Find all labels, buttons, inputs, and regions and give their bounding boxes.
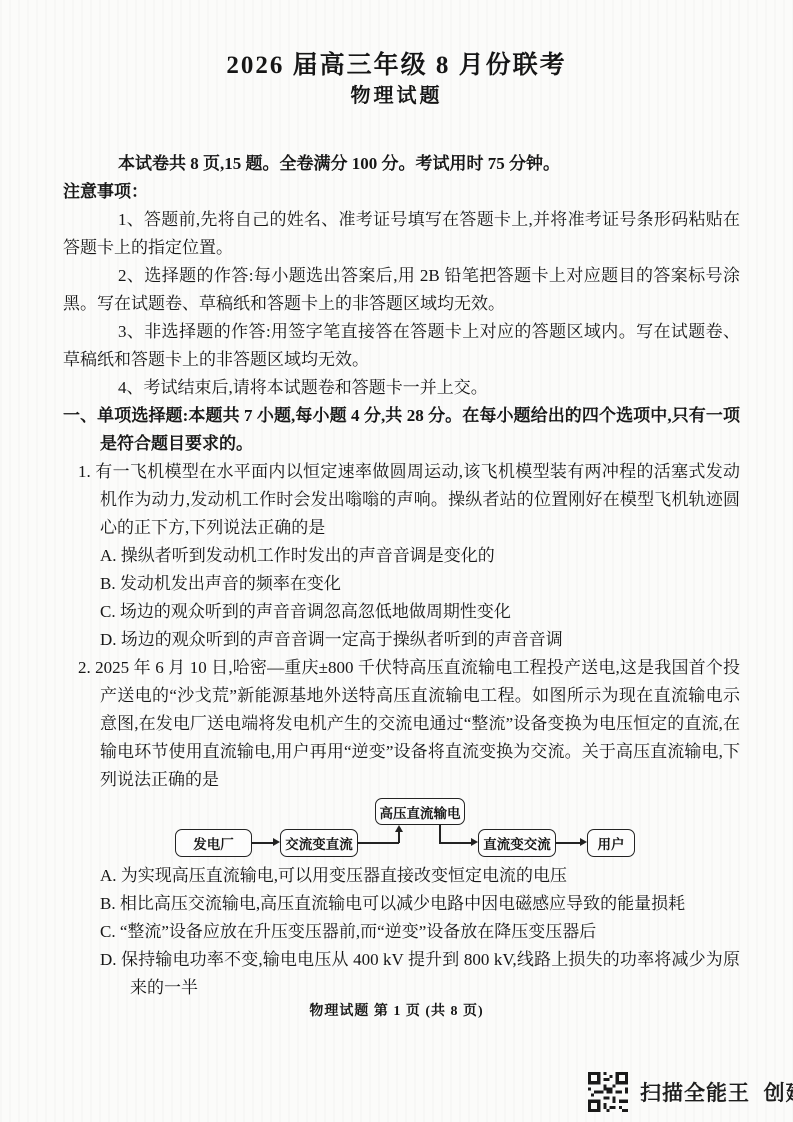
diagram-box-hvdc-line: 高压直流输电: [375, 798, 465, 825]
flow-arrow-up: [395, 825, 403, 832]
notice-item-2: 2、选择题的作答:每小题选出答案后,用 2B 铅笔把答题卡上对应题目的答案标号涂…: [63, 262, 740, 318]
flow-line-4: [556, 842, 581, 844]
notice-item-3: 3、非选择题的作答:用签字笔直接答在答题卡上对应的答题区域内。写在试题卷、草稿纸…: [63, 318, 740, 374]
watermark-text: 扫描全能王 创建: [640, 1077, 793, 1107]
q1-option-a: A. 操纵者听到发动机工作时发出的声音音调是变化的: [63, 542, 740, 570]
scanner-watermark: 扫描全能王 创建: [588, 1072, 793, 1112]
diagram-box-dc-to-ac: 直流变交流: [478, 829, 556, 857]
q2-option-a: A. 为实现高压直流输电,可以用变压器直接改变恒定电流的电压: [63, 862, 740, 890]
q2-stem: 2. 2025 年 6 月 10 日,哈密—重庆±800 千伏特高压直流输电工程…: [63, 654, 740, 794]
flow-line-3: [439, 842, 472, 844]
q1-option-b: B. 发动机发出声音的频率在变化: [63, 570, 740, 598]
flow-riser-up: [398, 831, 400, 843]
flow-line-1: [252, 842, 274, 844]
flow-riser-down: [439, 825, 441, 843]
flow-line-2: [358, 842, 399, 844]
q2-option-b: B. 相比高压交流输电,高压直流输电可以减少电路中因电磁感应导致的能量损耗: [63, 890, 740, 918]
page-number-footer: 物理试题 第 1 页 (共 8 页): [0, 1000, 793, 1020]
dc-transmission-diagram: 发电厂 交流变直流 高压直流输电 直流变交流 用户: [63, 795, 740, 861]
q1-stem: 1. 有一飞机模型在水平面内以恒定速率做圆周运动,该飞机模型装有两冲程的活塞式发…: [63, 458, 740, 542]
q1-option-c: C. 场边的观众听到的声音音调忽高忽低地做周期性变化: [63, 598, 740, 626]
question-1: 1. 有一飞机模型在水平面内以恒定速率做圆周运动,该飞机模型装有两冲程的活塞式发…: [63, 458, 740, 654]
exam-subtitle: 物理试题: [0, 82, 793, 110]
paper-summary: 本试卷共 8 页,15 题。全卷满分 100 分。考试用时 75 分钟。: [63, 150, 740, 178]
flow-arrow-right-3: [580, 838, 587, 846]
notice-item-1: 1、答题前,先将自己的姓名、准考证号填写在答题卡上,并将准考证号条形码粘贴在答题…: [63, 206, 740, 262]
diagram-box-user: 用户: [587, 829, 635, 857]
section-one-header: 一、单项选择题:本题共 7 小题,每小题 4 分,共 28 分。在每小题给出的四…: [63, 402, 740, 458]
q2-option-c: C. “整流”设备应放在升压变压器前,而“逆变”设备放在降压变压器后: [63, 918, 740, 946]
qr-code-icon: [588, 1072, 628, 1112]
diagram-box-power-plant: 发电厂: [175, 829, 252, 857]
flow-arrow-right-1: [273, 838, 280, 846]
exam-paper-page: 2026 届高三年级 8 月份联考 物理试题 本试卷共 8 页,15 题。全卷满…: [0, 0, 793, 1122]
flow-arrow-right-2: [471, 838, 478, 846]
question-2: 2. 2025 年 6 月 10 日,哈密—重庆±800 千伏特高压直流输电工程…: [63, 654, 740, 1002]
exam-body: 本试卷共 8 页,15 题。全卷满分 100 分。考试用时 75 分钟。 注意事…: [63, 150, 740, 1002]
q2-option-d: D. 保持输电功率不变,输电电压从 400 kV 提升到 800 kV,线路上损…: [63, 946, 740, 1002]
notice-item-4: 4、考试结束后,请将本试题卷和答题卡一并上交。: [63, 374, 740, 402]
diagram-box-ac-to-dc: 交流变直流: [280, 829, 358, 857]
exam-title: 2026 届高三年级 8 月份联考: [0, 0, 793, 82]
q1-option-d: D. 场边的观众听到的声音音调一定高于操纵者听到的声音音调: [63, 626, 740, 654]
notice-title: 注意事项：: [63, 178, 740, 206]
